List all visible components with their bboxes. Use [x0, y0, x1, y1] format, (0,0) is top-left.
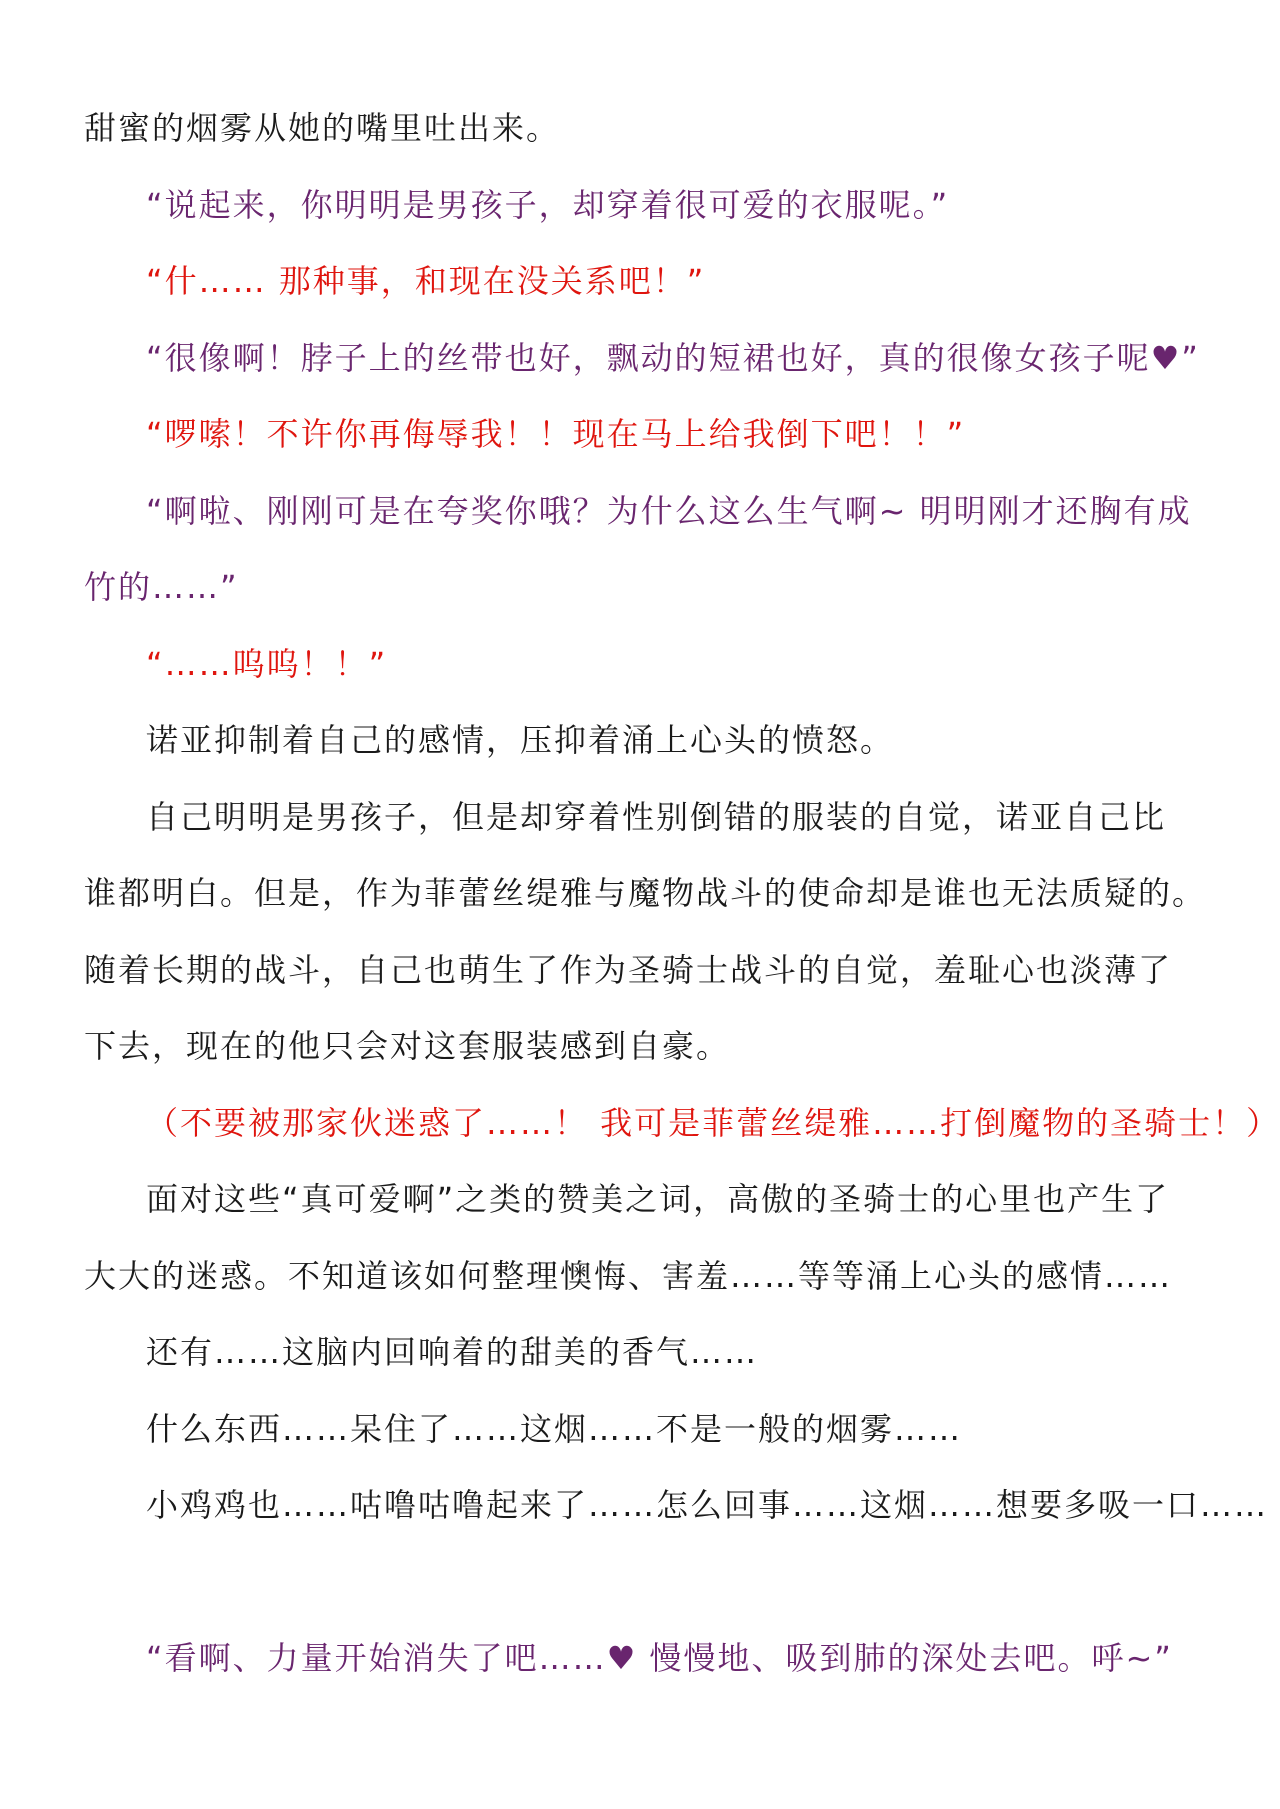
text-line: 诺亚抑制着自己的感情，压抑着涌上心头的愤怒。: [84, 702, 1216, 779]
text-line: 谁都明白。但是，作为菲蕾丝缇雅与魔物战斗的使命却是谁也无法质疑的。: [84, 855, 1216, 932]
text-line: 竹的……”: [84, 549, 1216, 626]
text-line: “什…… 那种事，和现在没关系吧！”: [84, 243, 1216, 320]
text-line: “啰嗦！不许你再侮辱我！！现在马上给我倒下吧！！”: [84, 396, 1216, 473]
text-line: 小鸡鸡也……咕噜咕噜起来了……怎么回事……这烟……想要多吸一口……: [84, 1467, 1216, 1544]
text-line: 自己明明是男孩子，但是却穿着性别倒错的服装的自觉，诺亚自己比: [84, 779, 1216, 856]
blank-line: [84, 1544, 1216, 1621]
text-line: 下去，现在的他只会对这套服装感到自豪。: [84, 1008, 1216, 1085]
text-line: “啊啦、刚刚可是在夸奖你哦？为什么这么生气啊~ 明明刚才还胸有成: [84, 473, 1216, 550]
text-line: 还有……这脑内回响着的甜美的香气……: [84, 1314, 1216, 1391]
text-line: 随着长期的战斗，自己也萌生了作为圣骑士战斗的自觉，羞耻心也淡薄了: [84, 932, 1216, 1009]
text-line: 甜蜜的烟雾从她的嘴里吐出来。: [84, 90, 1216, 167]
text-line: （不要被那家伙迷惑了……！ 我可是菲蕾丝缇雅……打倒魔物的圣骑士！）: [84, 1085, 1216, 1162]
text-line: 面对这些“真可爱啊”之类的赞美之词，高傲的圣骑士的心里也产生了: [84, 1161, 1216, 1238]
text-line: “很像啊！脖子上的丝带也好，飘动的短裙也好，真的很像女孩子呢♥”: [84, 320, 1216, 397]
text-line: “说起来，你明明是男孩子，却穿着很可爱的衣服呢。”: [84, 167, 1216, 244]
text-line: “……呜呜！！”: [84, 626, 1216, 703]
text-line: 大大的迷惑。不知道该如何整理懊悔、害羞……等等涌上心头的感情……: [84, 1238, 1216, 1315]
document-page: 甜蜜的烟雾从她的嘴里吐出来。“说起来，你明明是男孩子，却穿着很可爱的衣服呢。”“…: [0, 0, 1280, 1809]
text-line: 什么东西……呆住了……这烟……不是一般的烟雾……: [84, 1391, 1216, 1468]
text-line: “看啊、力量开始消失了吧……♥ 慢慢地、吸到肺的深处去吧。呼~”: [84, 1620, 1216, 1697]
